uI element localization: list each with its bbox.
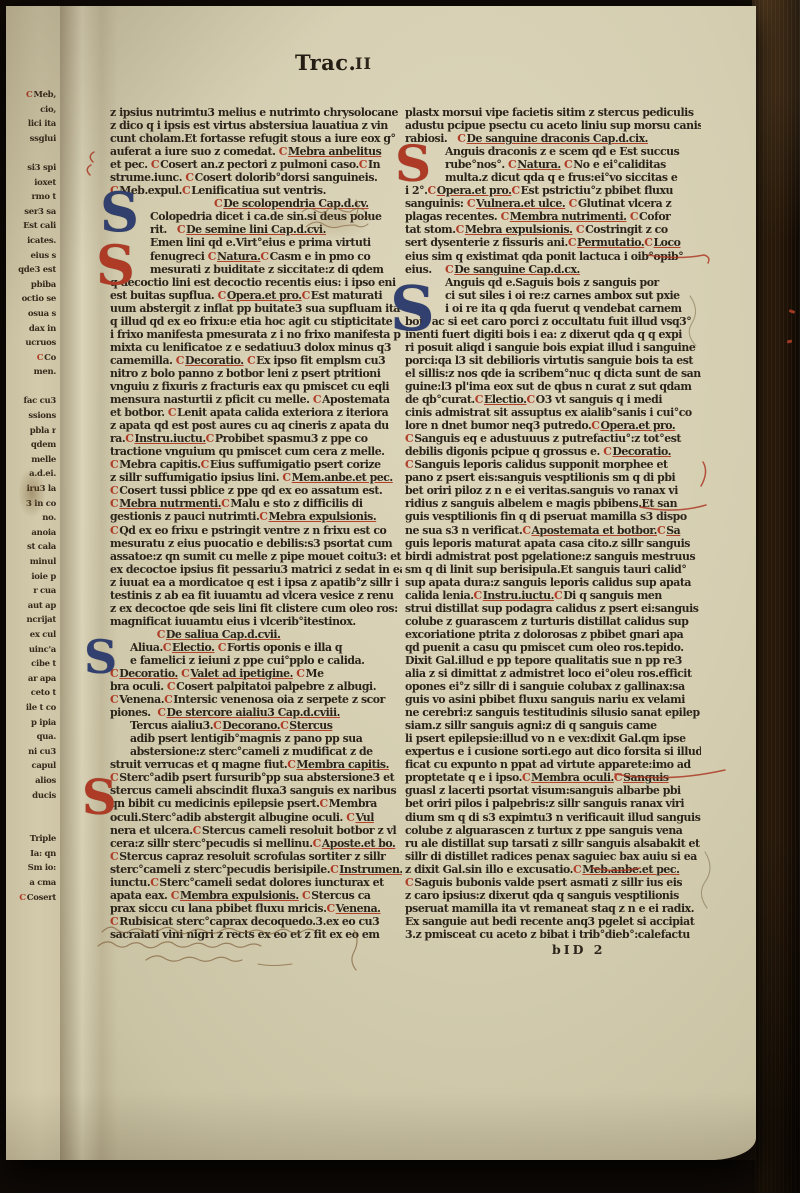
text-line: z dico q i ipsis est virtus abstersiua l… bbox=[110, 119, 402, 132]
text-line: Anguis draconis z e scem qd e Est succus bbox=[405, 145, 701, 158]
text-line: testinis z ab ea fit iuuamtu ad vlcera v… bbox=[110, 589, 402, 602]
rubric-pilcrow: C bbox=[19, 893, 25, 903]
text-line: guasl z lacerti psortat visum:sanguis al… bbox=[405, 784, 701, 797]
rubric-pilcrow: C bbox=[125, 432, 133, 445]
rubric-pilcrow: C bbox=[511, 184, 519, 197]
rubric-pilcrow: C bbox=[176, 354, 184, 367]
book-photo: CMeb,cio,lici itassgluisi3 spiioxetrmo t… bbox=[0, 0, 800, 1193]
text-line: CStercus capraz resoluit scrofulas sorti… bbox=[110, 850, 402, 863]
text-line: porci:qa l3 sit debilioris virtutis sang… bbox=[405, 354, 701, 367]
text-line: ci sut siles i oi re:z carnes ambox sut … bbox=[405, 289, 701, 302]
text-line: strui distillat sup podagra calidus z ps… bbox=[405, 602, 701, 615]
rubric-pilcrow: C bbox=[614, 771, 622, 784]
rubric-pilcrow: C bbox=[218, 641, 226, 654]
text-line: expertus e i cusione sorti.ego aut dico … bbox=[405, 745, 701, 758]
text-line: guis vesptilionis fin q di pseruat mamil… bbox=[405, 510, 701, 523]
text-line: Aliua.CElectio. CFortis oponis e illa q bbox=[110, 641, 402, 654]
text-line: uum abstergit z inflat pp buitate3 sua s… bbox=[110, 302, 402, 315]
text-line: Dixit Gal.illud e pp tepore qualitatis s… bbox=[405, 654, 701, 667]
text-line: magnificat iuuamtu eius i vlcerib°itesti… bbox=[110, 615, 402, 628]
text-line: cunt cholam.Et fortasse refugit stous a … bbox=[110, 132, 402, 145]
rubric-pilcrow: C bbox=[569, 197, 577, 210]
text-fragment: cio, bbox=[12, 103, 56, 118]
rubric-pilcrow: C bbox=[208, 250, 216, 263]
text-line: bet oriri piloz z n e ei veritas.sanguis… bbox=[405, 484, 701, 497]
text-line: calida lenia.CInstru.iuctu.CDi q sanguis… bbox=[405, 589, 701, 602]
text-line: Anguis qd e.Saguis bois z sanguis por bbox=[405, 276, 701, 289]
text-line: i oi re ita q qda fuerut q vendebat carn… bbox=[405, 302, 701, 315]
text-line: rit. CDe semine lini Cap.d.cvi. bbox=[110, 223, 402, 236]
illuminated-initial: S bbox=[84, 638, 117, 677]
text-line: excoriatione ptrita z dolorosas z pbibet… bbox=[405, 628, 701, 641]
text-fragment: a cma bbox=[12, 876, 56, 891]
text-line: fenugreci CNatura.CCasm e in pmo co bbox=[110, 250, 402, 263]
text-line: sert dysenterie z fissuris ani.CPermutat… bbox=[405, 236, 701, 249]
text-line: ri posuit aliqd i sanguie bois expiat il… bbox=[405, 341, 701, 354]
text-fragment: CMeb, bbox=[12, 88, 56, 103]
text-line: 3.z pmisceat cu aceto z bibat i trib°die… bbox=[405, 928, 701, 941]
tract-number: II bbox=[355, 54, 372, 73]
text-line: q illud qd ex eo frixu:e etia hoc agit c… bbox=[110, 315, 402, 328]
illuminated-initial: S bbox=[395, 143, 431, 185]
text-line: mixta cu lenificatoe z e sedatiuu3 dolox… bbox=[110, 341, 402, 354]
text-fragment: ex cul bbox=[12, 628, 56, 643]
text-line: plastx morsui vipe facietis sitim z ster… bbox=[405, 106, 701, 119]
text-fragment: ser3 sa bbox=[12, 205, 56, 220]
text-line: qn bibit cu medicinis epilepsie psert.CM… bbox=[110, 797, 402, 810]
text-line: inenti fuert digiti bois i ea: z dixerut… bbox=[405, 328, 701, 341]
text-fragment bbox=[12, 803, 56, 818]
text-line: z sillr suffumigatio ipsius lini. CMem.a… bbox=[110, 471, 402, 484]
text-line: iunctu.CSterc°cameli sedat dolores iunct… bbox=[110, 876, 402, 889]
text-fragment: ssions bbox=[12, 409, 56, 424]
text-fragment: ceto t bbox=[12, 686, 56, 701]
text-fragment: Triple bbox=[12, 832, 56, 847]
text-fragment: si3 spi bbox=[12, 161, 56, 176]
text-fragment: ni cu3 bbox=[12, 745, 56, 760]
rubric-pilcrow: C bbox=[221, 497, 229, 510]
rubric-pilcrow: C bbox=[177, 223, 185, 236]
rubric-pilcrow: C bbox=[330, 863, 338, 876]
text-line: alia z si dimittat z admistret loco ei°o… bbox=[405, 667, 701, 680]
text-line: proptetate q e i ipso.CMembra oculi.CSan… bbox=[405, 771, 701, 784]
text-line: lore n dnet bumor neq3 putredo.COpera.et… bbox=[405, 419, 701, 432]
rubric-pilcrow: C bbox=[110, 693, 118, 706]
rubric-pilcrow: C bbox=[282, 471, 290, 484]
text-fragment: icates. bbox=[12, 234, 56, 249]
text-line: multa.z dicut qda q e frus:ei°vo siccita… bbox=[405, 171, 701, 184]
rubric-pilcrow: C bbox=[319, 797, 327, 810]
rubric-pilcrow: C bbox=[554, 589, 562, 602]
red-edge-mark bbox=[787, 340, 793, 344]
prev-page-text-fragments: CMeb,cio,lici itassgluisi3 spiioxetrmo t… bbox=[12, 88, 61, 905]
text-fragment: a.d.ei. bbox=[12, 467, 56, 482]
text-line: bra oculi. CCosert palpitatoi palpebre z… bbox=[110, 680, 402, 693]
text-fragment bbox=[12, 146, 56, 161]
rubric-pilcrow: C bbox=[346, 811, 354, 824]
text-line: colube z guarascem z turturis distillat … bbox=[405, 615, 701, 628]
text-line: ru ale distillat sup tarsati z sillr san… bbox=[405, 837, 701, 850]
rubric-pilcrow: C bbox=[405, 432, 413, 445]
text-line: qd puenit a casu qu pmiscet cum oleo ros… bbox=[405, 641, 701, 654]
text-fragment: ucruos bbox=[12, 336, 56, 351]
text-line: li psert epilepsie:illud vo n e vex:dixi… bbox=[405, 732, 701, 745]
rubric-pilcrow: C bbox=[475, 393, 483, 406]
rubric-pilcrow: C bbox=[150, 876, 158, 889]
text-line: rabiosi. CDe sanguine draconis Cap.d.cix… bbox=[405, 132, 701, 145]
rubric-pilcrow: C bbox=[168, 406, 176, 419]
rubric-pilcrow: C bbox=[603, 445, 611, 458]
text-line: sillr di distillet radices penax saguiec… bbox=[405, 850, 701, 863]
text-line: CSaguis bubonis valde psert asmati z sil… bbox=[405, 876, 701, 889]
text-line: de qb°curat.CElectio.CO3 vt sanguis q i … bbox=[405, 393, 701, 406]
text-line: bois ac si eet caro porci z occultatu fu… bbox=[405, 315, 701, 328]
text-line: Tercus aialiu3.CDecorano.CStercus bbox=[110, 719, 402, 732]
text-fragment: r cua bbox=[12, 584, 56, 599]
text-fragment: osua s bbox=[12, 307, 56, 322]
text-line: tractione vnguium qu pmiscet cum cera z … bbox=[110, 445, 402, 458]
text-column-right: plastx morsui vipe facietis sitim z ster… bbox=[405, 106, 701, 941]
text-line: z iuuat ea a mordicatoe q est i ipsa z a… bbox=[110, 576, 402, 589]
rubric-pilcrow: C bbox=[630, 210, 638, 223]
rubric-pilcrow: C bbox=[110, 915, 118, 928]
text-fragment: anoia bbox=[12, 526, 56, 541]
text-line: siam.z sillr sanguis agni:z di q sanguis… bbox=[405, 719, 701, 732]
text-line: Ex sanguie aut bedi recente anq3 pgelet … bbox=[405, 915, 701, 928]
rubric-pilcrow: C bbox=[247, 354, 255, 367]
text-line: pseruat mamilla ita vt remaneat staq z n… bbox=[405, 902, 701, 915]
text-line: CCosert tussi pblice z ppe qd ex eo assa… bbox=[110, 484, 402, 497]
text-line: cinis admistrat sit assuptus ex aialib°s… bbox=[405, 406, 701, 419]
text-fragment: alios bbox=[12, 774, 56, 789]
illuminated-initial: S bbox=[96, 243, 135, 288]
text-line: sacraiati vini nigri z rects ex eo et z … bbox=[110, 928, 402, 941]
rubric-pilcrow: C bbox=[313, 837, 321, 850]
rubric-pilcrow: C bbox=[37, 353, 43, 363]
text-line: CDecoratio. CValet ad ipetigine. CMe bbox=[110, 667, 402, 680]
text-line: bet oriri pilos i palpebris:z sillr sang… bbox=[405, 797, 701, 810]
text-fragment: lici ita bbox=[12, 117, 56, 132]
text-fragment: no. bbox=[12, 511, 56, 526]
rubric-pilcrow: C bbox=[405, 458, 413, 471]
text-line: rube°nos°. CNatura. CNo e ei°caliditas bbox=[405, 158, 701, 171]
text-line: abstersione:z sterc°cameli z mudificat z… bbox=[110, 745, 402, 758]
text-fragment: iru3 la bbox=[12, 482, 56, 497]
text-line: ra.CInstru.iuctu.CProbibet spasmu3 z ppe… bbox=[110, 432, 402, 445]
text-line: el sillis:z nos qde ia scribem°nuc q dic… bbox=[405, 367, 701, 380]
rubric-pilcrow: C bbox=[163, 641, 171, 654]
text-line: mesuratu z eius puocatio e debilis:s3 ps… bbox=[110, 537, 402, 550]
rubric-pilcrow: C bbox=[591, 419, 599, 432]
rubric-pilcrow: C bbox=[522, 771, 530, 784]
rubric-pilcrow: C bbox=[467, 197, 475, 210]
text-line: guine:l3 pl'ima eox sut de qbus n curat … bbox=[405, 380, 701, 393]
text-line: colube z alguarascen z turtux z ppe sang… bbox=[405, 824, 701, 837]
text-line: birdi admistrat post pgelatione:z sangui… bbox=[405, 550, 701, 563]
text-fragment: rmo t bbox=[12, 190, 56, 205]
rubric-pilcrow: C bbox=[573, 863, 581, 876]
rubric-pilcrow: C bbox=[296, 667, 304, 680]
rubric-pilcrow: C bbox=[260, 250, 268, 263]
text-fragment: capul bbox=[12, 759, 56, 774]
rubric-pilcrow: C bbox=[157, 628, 165, 641]
rubric-pilcrow: C bbox=[201, 458, 209, 471]
text-fragment: cibe t bbox=[12, 657, 56, 672]
text-line: auferat a iure suo z comedat. CMebra anb… bbox=[110, 145, 402, 158]
text-line: adustu pcipue psectu cu aceto liniu sup … bbox=[405, 119, 701, 132]
rubric-pilcrow: C bbox=[568, 236, 576, 249]
text-fragment: dax in bbox=[12, 322, 56, 337]
rubric-pilcrow: C bbox=[164, 693, 172, 706]
rubric-pilcrow: C bbox=[657, 524, 665, 537]
text-fragment: eius s bbox=[12, 249, 56, 264]
text-line: ne sua s3 n verificat.CApostemata et bot… bbox=[405, 524, 701, 537]
text-fragment: CCo bbox=[12, 351, 56, 366]
text-line: CRubisicat sterc°caprax decoquedo.3.ex e… bbox=[110, 915, 402, 928]
text-line: CMebra nutrmenti.CMalu e sto z difficili… bbox=[110, 497, 402, 510]
rubric-pilcrow: C bbox=[522, 524, 530, 537]
tract-title: Trac. bbox=[295, 50, 356, 75]
rubric-pilcrow: C bbox=[457, 132, 465, 145]
text-line: mensura nasturtii z pficit cu melle. CAp… bbox=[110, 393, 402, 406]
text-fragment: minul bbox=[12, 555, 56, 570]
rubric-pilcrow: C bbox=[259, 510, 267, 523]
rubric-pilcrow: C bbox=[182, 184, 190, 197]
text-line: CSanguis eq e adustuuus z putrefactiu°:z… bbox=[405, 432, 701, 445]
text-line: CQd ex eo frixu e pstringit ventre z n f… bbox=[110, 524, 402, 537]
rubric-pilcrow: C bbox=[185, 171, 193, 184]
text-fragment: octio se bbox=[12, 292, 56, 307]
text-line: ridius z sanguis albelem e magis pbibens… bbox=[405, 497, 701, 510]
text-fragment bbox=[12, 380, 56, 395]
rubric-pilcrow: C bbox=[526, 393, 534, 406]
text-line: sterc°cameli z sterc°pecudis berisipile.… bbox=[110, 863, 402, 876]
rubric-pilcrow: C bbox=[456, 223, 464, 236]
rubric-pilcrow: C bbox=[405, 876, 413, 889]
rubric-pilcrow: C bbox=[508, 158, 516, 171]
text-line: eius sim q existimat qda ponit lactuca i… bbox=[405, 250, 701, 263]
text-line: stercus cameli abscindit fluxa3 sanguis … bbox=[110, 784, 402, 797]
text-fragment: ncrijat bbox=[12, 613, 56, 628]
text-line: oculi.Sterc°adib abstergit albugine ocul… bbox=[110, 811, 402, 824]
book-fore-edge bbox=[752, 0, 800, 1193]
text-line: z dixit Gal.sin illo e excusatio.CMeb.an… bbox=[405, 863, 701, 876]
text-line: guis leporis maturat apata casa cito.z s… bbox=[405, 537, 701, 550]
text-fragment: p ipia bbox=[12, 716, 56, 731]
text-line: sup apata dura:z sanguis leporis calidus… bbox=[405, 576, 701, 589]
text-line: piones. CDe stercore aialiu3 Cap.d.cviii… bbox=[110, 706, 402, 719]
rubric-pilcrow: C bbox=[279, 145, 287, 158]
text-fragment: ssglui bbox=[12, 132, 56, 147]
rubric-pilcrow: C bbox=[474, 589, 482, 602]
text-line: sm q di linit sup berisipula.Et sanguis … bbox=[405, 563, 701, 576]
rubric-pilcrow: C bbox=[206, 432, 214, 445]
text-line: struit verrucas et q magne fiut.CMembra … bbox=[110, 758, 402, 771]
text-fragment: melle bbox=[12, 453, 56, 468]
text-line: Emen lini qd e.Virt°eius e prima virtuti bbox=[110, 236, 402, 249]
text-line: prax siccu cu lana pbibet fluxu mricis.C… bbox=[110, 902, 402, 915]
rubric-pilcrow: C bbox=[193, 824, 201, 837]
text-line: i frixo manifesta pmesurata z i no frixo… bbox=[110, 328, 402, 341]
text-line: ficat cu expunto n ppat ad virtute appar… bbox=[405, 758, 701, 771]
text-line: strume.iunc. CCosert dolorib°dorsi sangu… bbox=[110, 171, 402, 184]
text-line: apata eax. CMembra expulsionis. CStercus… bbox=[110, 889, 402, 902]
text-line: CSanguis leporis calidus supponit morphe… bbox=[405, 458, 701, 471]
text-line: guis vo asini pbibet fluxu sanguis nariu… bbox=[405, 693, 701, 706]
text-line: CMeb.expul.CLenificatiua sut ventris. bbox=[110, 184, 402, 197]
text-fragment: Ia: qn bbox=[12, 847, 56, 862]
text-line: et botbor. CLenit apata calida exteriora… bbox=[110, 406, 402, 419]
text-fragment: aut ap bbox=[12, 599, 56, 614]
rubric-pilcrow: C bbox=[501, 210, 509, 223]
text-line: pano z psert eis:sanguis vesptilionis sm… bbox=[405, 471, 701, 484]
rubric-pilcrow: C bbox=[171, 889, 179, 902]
rubric-pilcrow: C bbox=[110, 497, 118, 510]
text-line: z ipsius nutrimtu3 melius e nutrimto chr… bbox=[110, 106, 402, 119]
illuminated-initial: S bbox=[100, 190, 139, 235]
rubric-pilcrow: C bbox=[213, 719, 221, 732]
text-fragment: Sm io: bbox=[12, 861, 56, 876]
text-line: e famelici z ieiuni z ppe cui°pplo e cal… bbox=[110, 654, 402, 667]
rubric-pilcrow: C bbox=[110, 484, 118, 497]
text-fragment: ioxet bbox=[12, 176, 56, 191]
text-fragment: pbiba bbox=[12, 278, 56, 293]
illuminated-initial: S bbox=[82, 778, 117, 818]
text-fragment: ile t co bbox=[12, 701, 56, 716]
text-line: i 2°.COpera.et pro.CEst pstrictiu°z pbib… bbox=[405, 184, 701, 197]
text-line: opones ei°z sillr di i sanguie colubax z… bbox=[405, 680, 701, 693]
text-fragment: ducis bbox=[12, 789, 56, 804]
text-fragment: uinc'a bbox=[12, 643, 56, 658]
text-fragment: qua. bbox=[12, 730, 56, 745]
text-line: CDe saliua Cap.d.cvii. bbox=[110, 628, 402, 641]
text-line: plagas recentes. CMembra nutrimenti. CCo… bbox=[405, 210, 701, 223]
illuminated-initial: S bbox=[390, 283, 435, 335]
rubric-pilcrow: C bbox=[287, 758, 295, 771]
text-line: est buitas supflua. COpera.et pro.CEst m… bbox=[110, 289, 402, 302]
text-line: eius. CDe sanguine Cap.d.cx. bbox=[405, 263, 701, 276]
text-line: tat stom.CMebra expulsionis. CCostringit… bbox=[405, 223, 701, 236]
rubric-pilcrow: C bbox=[110, 524, 118, 537]
text-line: camemilla. CDecoratio. CEx ipso fit empl… bbox=[110, 354, 402, 367]
text-line: nitro z bolo panno z botbor leni z psert… bbox=[110, 367, 402, 380]
text-line: debilis digonis pcipue q grossus e. CDec… bbox=[405, 445, 701, 458]
rubric-pilcrow: C bbox=[214, 197, 222, 210]
text-fragment: men. bbox=[12, 365, 56, 380]
text-line: Colopedria dicet i ca.de sin.si deus pol… bbox=[110, 210, 402, 223]
rubric-pilcrow: C bbox=[644, 236, 652, 249]
text-line: dium sm q di s3 expimtu3 n verificauit i… bbox=[405, 811, 701, 824]
text-fragment: qde3 est bbox=[12, 263, 56, 278]
red-edge-mark bbox=[789, 309, 796, 314]
text-fragment: Est cali bbox=[12, 219, 56, 234]
rubric-pilcrow: C bbox=[157, 706, 165, 719]
text-line: CDe scolopendria Cap.d.cv. bbox=[110, 197, 402, 210]
text-column-left: z ipsius nutrimtu3 melius e nutrimto chr… bbox=[110, 106, 402, 941]
text-line: et pec. CCosert an.z pectori z pulmoni c… bbox=[110, 158, 402, 171]
text-line: gestionis z pauci nutrimti.CMebra expuls… bbox=[110, 510, 402, 523]
text-line: assatoe:z qn sumit cu melle z pipe mouet… bbox=[110, 550, 402, 563]
text-line: CSterc°adib psert fursurib°pp sua abster… bbox=[110, 771, 402, 784]
text-line: CMebra capitis.CEius suffumigatio psert … bbox=[110, 458, 402, 471]
rubric-pilcrow: C bbox=[564, 158, 572, 171]
text-line: ex decoctoe ipsius fit pessariu3 matrici… bbox=[110, 563, 402, 576]
text-fragment: CCosert bbox=[12, 891, 56, 906]
text-fragment: fac cu3 bbox=[12, 394, 56, 409]
rubric-pilcrow: C bbox=[280, 719, 288, 732]
text-line: z caro ipsius:z dixerut qda q sanguis ve… bbox=[405, 889, 701, 902]
text-line: q decoctio lini est decoctio recentis ei… bbox=[110, 276, 402, 289]
rubric-pilcrow: C bbox=[167, 680, 175, 693]
text-fragment: st cala bbox=[12, 540, 56, 555]
text-fragment bbox=[12, 818, 56, 833]
text-fragment: qdem bbox=[12, 438, 56, 453]
rubric-pilcrow: C bbox=[302, 289, 310, 302]
rubric-pilcrow: C bbox=[26, 90, 32, 100]
rubric-pilcrow: C bbox=[576, 223, 584, 236]
book-page: CMeb,cio,lici itassgluisi3 spiioxetrmo t… bbox=[6, 6, 756, 1160]
text-line: vnguiu z fixuris z fracturis eax qu pmis… bbox=[110, 380, 402, 393]
rubric-pilcrow: C bbox=[110, 850, 118, 863]
rubric-pilcrow: C bbox=[326, 902, 334, 915]
rubric-pilcrow: C bbox=[151, 158, 159, 171]
text-fragment: ioie p bbox=[12, 570, 56, 585]
rubric-pilcrow: C bbox=[445, 263, 453, 276]
text-line: z ex decoctoe qde seis lini fit clistere… bbox=[110, 602, 402, 615]
rubric-pilcrow: C bbox=[359, 158, 367, 171]
text-line: mesurati z buiditate z siccitate:z di qd… bbox=[110, 263, 402, 276]
text-line: nera et ulcera.CStercus cameli resoluit … bbox=[110, 824, 402, 837]
rubric-pilcrow: C bbox=[218, 289, 226, 302]
text-line: adib psert lentigib°magnis z pano pp sua bbox=[110, 732, 402, 745]
text-fragment: 3 in co bbox=[12, 497, 56, 512]
rubric-pilcrow: C bbox=[302, 889, 310, 902]
rubric-pilcrow: C bbox=[313, 393, 321, 406]
text-fragment: pbla r bbox=[12, 424, 56, 439]
text-line: ne cerebri:z sanguis testitudinis silusi… bbox=[405, 706, 701, 719]
quire-signature: bID 2 bbox=[552, 942, 605, 957]
rubric-pilcrow: C bbox=[110, 458, 118, 471]
text-line: sanguinis: CVulnera.et ulce. CGlutinat v… bbox=[405, 197, 701, 210]
text-fragment: ar apa bbox=[12, 672, 56, 687]
rubric-pilcrow: C bbox=[181, 667, 189, 680]
text-line: cera:z sillr sterc°pecudis si mellinu.CA… bbox=[110, 837, 402, 850]
text-line: CVenena.CIntersic venenosa oia z serpete… bbox=[110, 693, 402, 706]
text-line: z apata qd est post aures cu aq cineris … bbox=[110, 419, 402, 432]
